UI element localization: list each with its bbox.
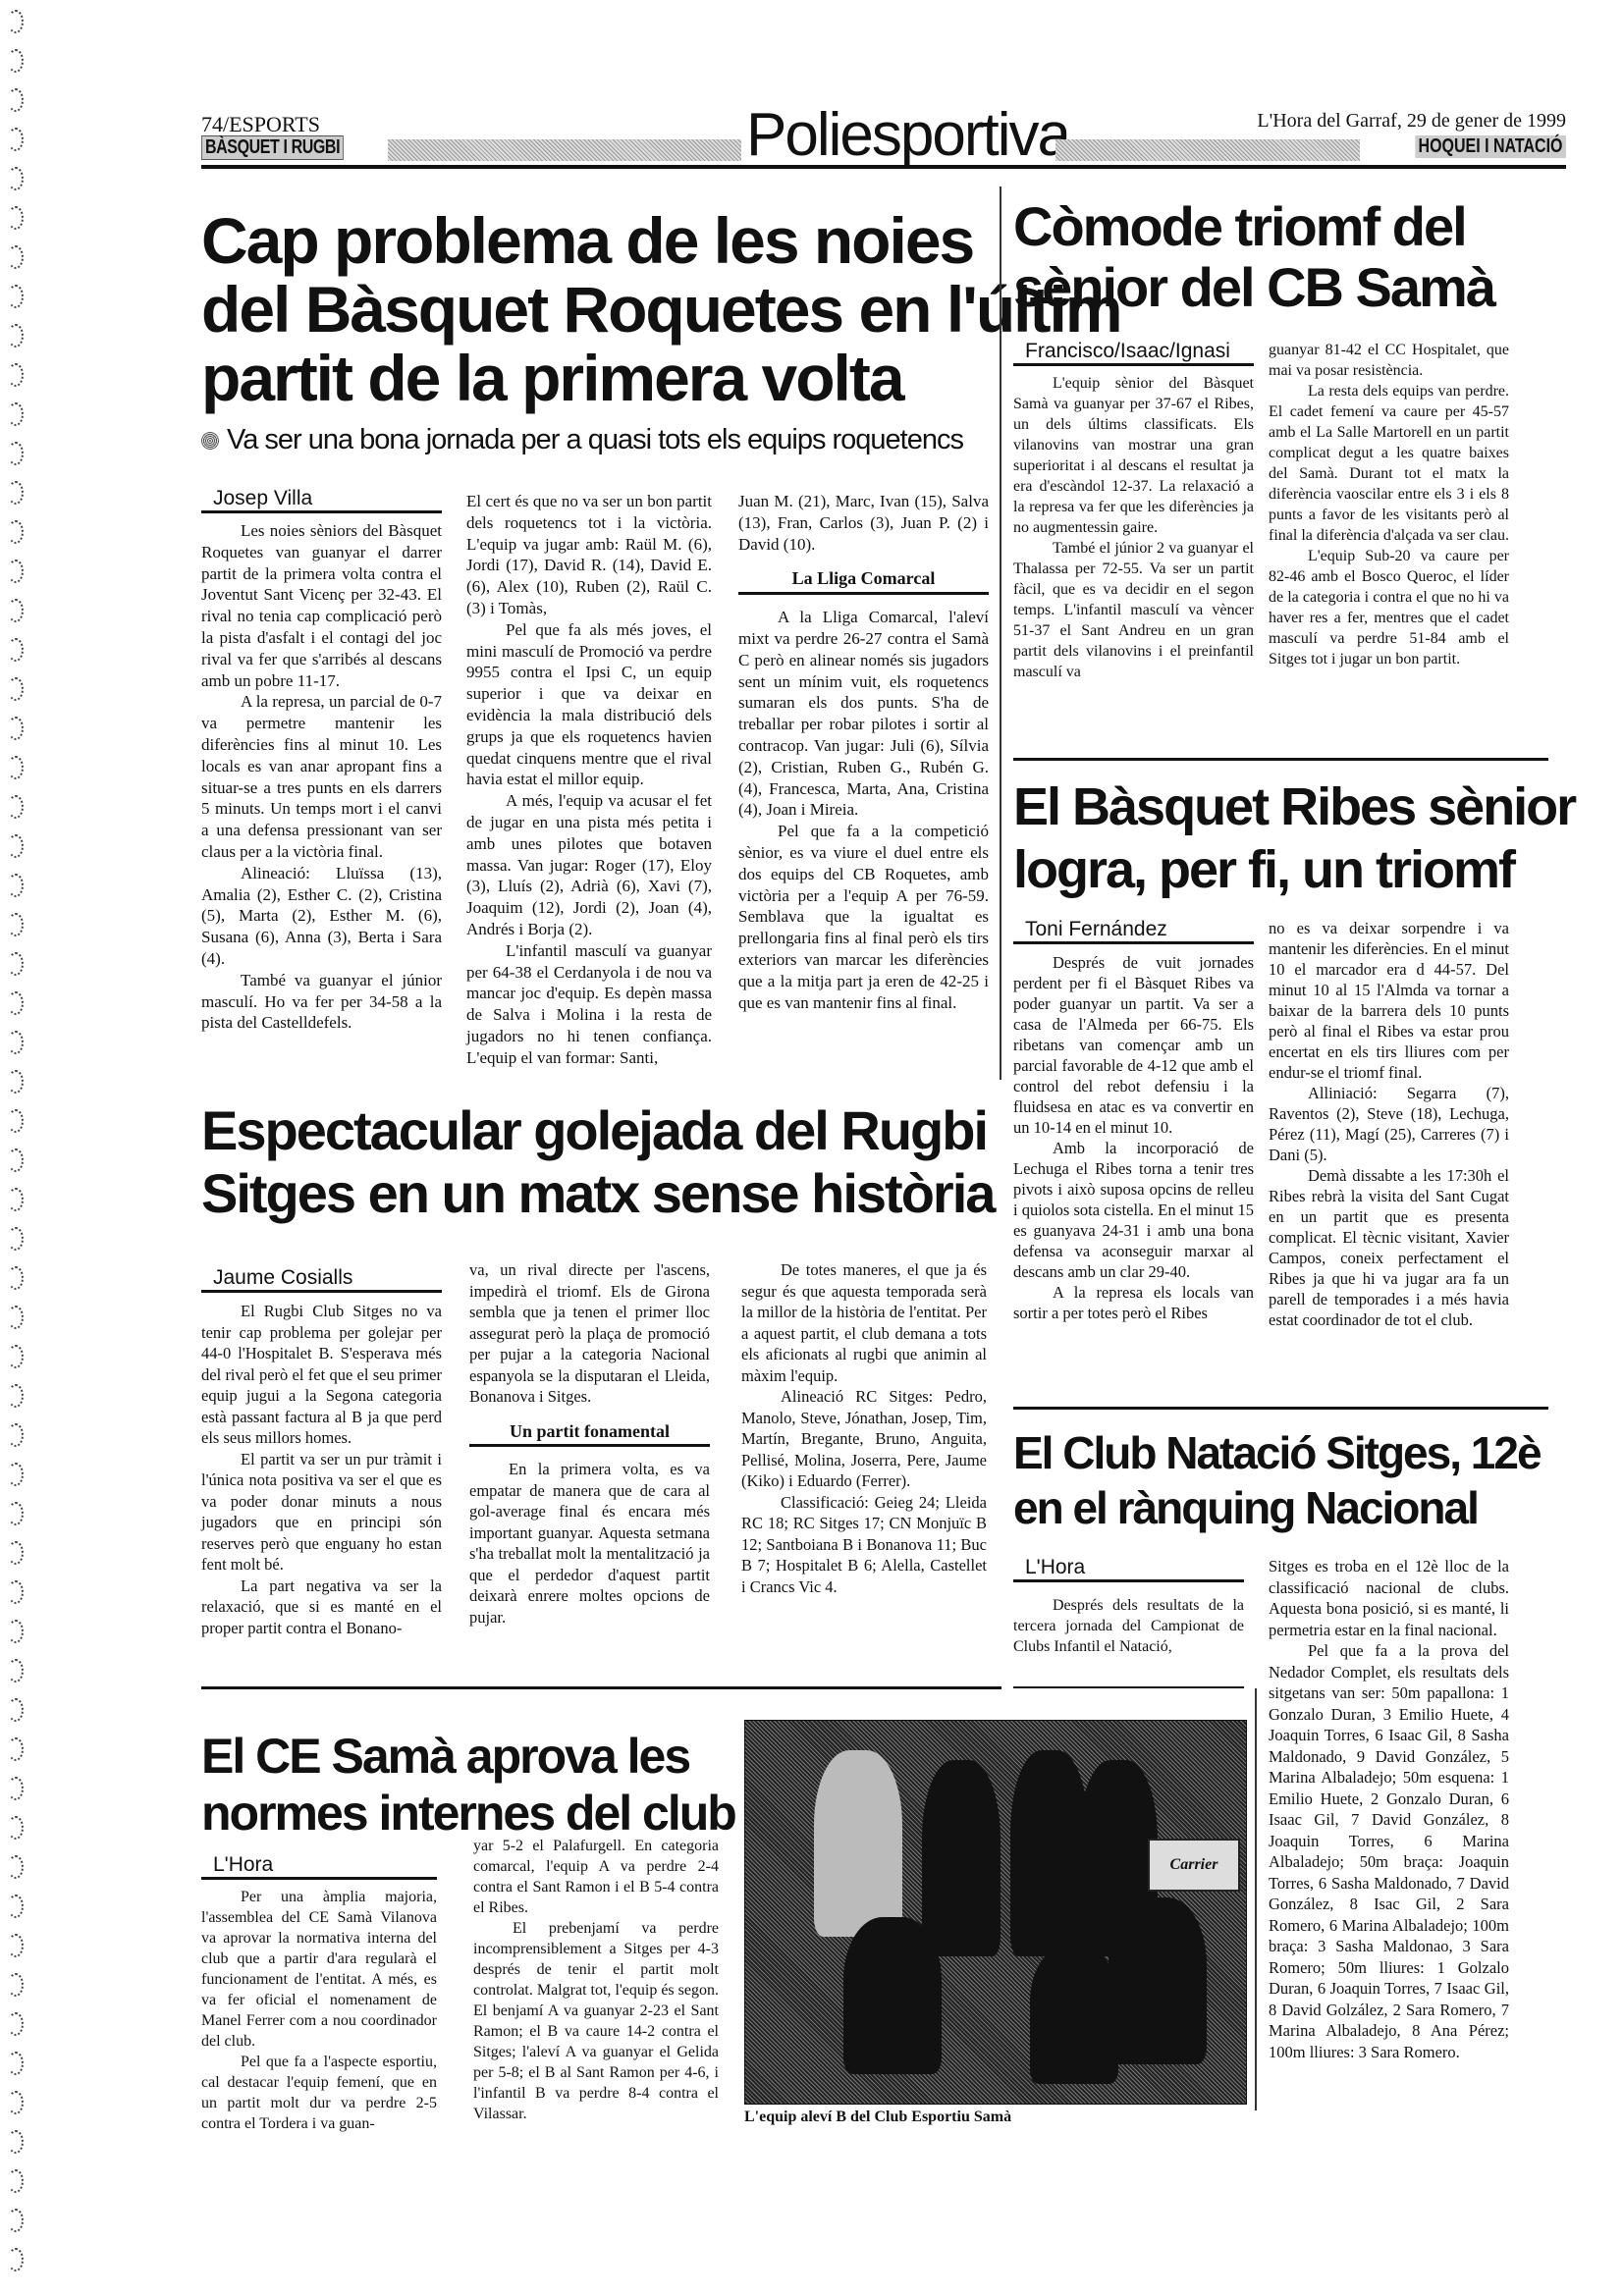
binder-ring-icon <box>8 1580 24 1604</box>
page-title: Poliesportiva <box>746 100 1069 170</box>
paragraph: no es va deixar sorpendre i va mantenir … <box>1269 918 1509 1083</box>
subheading: La Lliga Comarcal <box>738 568 989 595</box>
left-section-tag: BÀSQUET I RUGBI <box>201 135 344 160</box>
photo-figure <box>1109 1897 1207 2064</box>
binder-ring-icon <box>8 363 24 387</box>
binder-ring-icon <box>8 1384 24 1408</box>
headline-line: sènior del CB Samà <box>1013 257 1494 318</box>
masthead-rule <box>201 165 1566 169</box>
paragraph: També va guanyar el júnior masculí. Ho v… <box>201 970 442 1034</box>
paragraph: Pel que fa a l'aspecte esportiu, cal des… <box>201 2052 437 2134</box>
paragraph: Pel que fa a la prova del Nedador Comple… <box>1269 1640 1509 2062</box>
masthead: 74/ESPORTS BÀSQUET I RUGBI Poliesportiva… <box>201 106 1566 171</box>
headline-line: Sitges en un matx sense història <box>201 1162 994 1225</box>
binder-ring-icon <box>8 795 24 819</box>
column-rugbi-2: va, un rival directe per l'ascens, imped… <box>469 1259 710 1628</box>
binder-ring-icon <box>8 520 24 544</box>
paragraph: Classificació: Geieg 24; Lleida RC 18; R… <box>741 1492 987 1598</box>
binder-ring-icon <box>8 560 24 583</box>
headline-line: Cap problema de les noies <box>201 206 1121 275</box>
headline-line: El Club Natació Sitges, 12è <box>1013 1425 1541 1480</box>
photo-figure <box>1030 1947 1118 2084</box>
headline-cb-sama: Còmode triomf del sènior del CB Samà <box>1013 196 1494 318</box>
binder-ring-icon <box>8 756 24 779</box>
decorative-band <box>388 139 741 161</box>
paragraph: El cert és que no va ser un bon partit d… <box>466 491 712 619</box>
paragraph: Sitges es troba en el 12è lloc de la cla… <box>1269 1556 1509 1640</box>
photo-figure <box>1010 1750 1089 1956</box>
binder-ring-icon <box>8 677 24 701</box>
byline-rugbi: Jaume Cosialls <box>201 1266 442 1293</box>
binder-ring-icon <box>8 1541 24 1565</box>
binder-ring-icon <box>8 128 24 151</box>
byline-roquetes: Josep Villa <box>201 487 442 513</box>
paragraph: El partit va ser un pur tràmit i l'única… <box>201 1449 442 1575</box>
headline-line: en el rànquing Nacional <box>1013 1480 1541 1535</box>
binder-ring-icon <box>8 2091 24 2114</box>
paragraph: A més, l'equip va acusar el fet de jugar… <box>466 790 712 940</box>
decorative-band <box>1055 139 1360 161</box>
paragraph: L'equip sènior del Bàsquet Samà va guany… <box>1013 373 1254 538</box>
photo-figure <box>922 1760 1001 1956</box>
paragraph: va, un rival directe per l'ascens, imped… <box>469 1259 710 1408</box>
section-rule <box>1013 1686 1244 1688</box>
binder-ring-icon <box>8 167 24 190</box>
binder-ring-icon <box>8 2169 24 2193</box>
binder-ring-icon <box>8 206 24 230</box>
column-natacio-1: Després dels resultats de la tercera jor… <box>1013 1595 1244 1657</box>
photo-caption: L'equip aleví B del Club Esportiu Samà <box>744 2109 1011 2126</box>
binder-ring-icon <box>8 717 24 740</box>
headline-line: Espectacular golejada del Rugbi <box>201 1099 994 1162</box>
column-ce-sama-2: yar 5-2 el Palafurgell. En categoria com… <box>473 1836 719 2124</box>
column-divider <box>1255 1688 1257 2110</box>
column-rugbi-1: El Rugbi Club Sitges no va tenir cap pro… <box>201 1301 442 1638</box>
paragraph: Les noies sèniors del Bàsquet Roquetes v… <box>201 520 442 691</box>
paragraph: L'equip Sub-20 va caure per 82-46 amb el… <box>1269 546 1509 669</box>
paragraph: Amb la incorporació de Lechuga el Ribes … <box>1013 1138 1254 1282</box>
headline-ce-sama: El CE Samà aprova les normes internes de… <box>201 1728 735 1842</box>
paragraph: A la represa els locals van sortir a per… <box>1013 1282 1254 1323</box>
binder-ring-icon <box>8 1031 24 1054</box>
column-rugbi-3: De totes maneres, el que ja és segur és … <box>741 1259 987 1597</box>
byline-cb-sama: Francisco/Isaac/Ignasi <box>1013 340 1254 366</box>
paragraph: A la Lliga Comarcal, l'aleví mixt va per… <box>738 607 989 821</box>
column-ribes-1: Després de vuit jornades perdent per fi … <box>1013 952 1254 1323</box>
column-roquetes-1: Les noies sèniors del Bàsquet Roquetes v… <box>201 520 442 1034</box>
column-ce-sama-1: Per una àmplia majoria, l'assemblea del … <box>201 1887 437 2134</box>
binder-ring-icon <box>8 913 24 936</box>
deck-text: Va ser una bona jornada per a quasi tots… <box>227 424 963 455</box>
paragraph: Juan M. (21), Marc, Ivan (15), Salva (13… <box>738 491 989 555</box>
paragraph: A la represa, un parcial de 0-7 va perme… <box>201 691 442 862</box>
section-rule <box>201 1686 1001 1689</box>
byline-ce-sama: L'Hora <box>201 1853 437 1880</box>
binder-ring-icon <box>8 1816 24 1840</box>
section-label: 74/ESPORTS <box>201 112 320 137</box>
binder-ring-icon <box>8 442 24 465</box>
paragraph: Per una àmplia majoria, l'assemblea del … <box>201 1887 437 2052</box>
right-section-tag: HOQUEI I NATACIÓ <box>1416 135 1566 158</box>
headline-roquetes: Cap problema de les noies del Bàsquet Ro… <box>201 206 1121 412</box>
bullet-icon <box>201 432 219 450</box>
subheading: Un partit fonamental <box>469 1421 710 1448</box>
paragraph: guanyar 81-42 el CC Hospitalet, que mai … <box>1269 340 1509 381</box>
headline-line: El Bàsquet Ribes sènior <box>1013 775 1575 838</box>
photo-figure <box>843 1917 942 2074</box>
binder-ring-icon <box>8 1502 24 1525</box>
binder-ring-icon <box>8 1855 24 1879</box>
paragraph: El prebenjamí va perdre incomprensibleme… <box>473 1918 719 2124</box>
paragraph: Després de vuit jornades perdent per fi … <box>1013 952 1254 1138</box>
binder-ring-icon <box>8 402 24 426</box>
column-divider <box>1000 187 1001 1080</box>
paragraph: Alliniació: Segarra (7), Raventos (2), S… <box>1269 1083 1509 1165</box>
binder-ring-icon <box>8 1070 24 1094</box>
paragraph: yar 5-2 el Palafurgell. En categoria com… <box>473 1836 719 1918</box>
binder-ring-icon <box>8 1737 24 1761</box>
paragraph: El Rugbi Club Sitges no va tenir cap pro… <box>201 1301 442 1449</box>
binder-ring-icon <box>8 2209 24 2232</box>
binder-ring-icon <box>8 638 24 662</box>
binder-ring-icon <box>8 1934 24 1957</box>
binder-rings <box>0 0 39 2296</box>
binder-ring-icon <box>8 1109 24 1133</box>
headline-ribes: El Bàsquet Ribes sènior logra, per fi, u… <box>1013 775 1575 901</box>
binder-ring-icon <box>8 1188 24 1211</box>
binder-ring-icon <box>8 1148 24 1172</box>
publication-date: L'Hora del Garraf, 29 de gener de 1999 <box>1257 110 1566 133</box>
headline-rugbi: Espectacular golejada del Rugbi Sitges e… <box>201 1099 994 1225</box>
headline-line: El CE Samà aprova les <box>201 1728 735 1785</box>
binder-ring-icon <box>8 952 24 976</box>
binder-ring-icon <box>8 481 24 505</box>
binder-ring-icon <box>8 10 24 33</box>
byline-ribes: Toni Fernández <box>1013 918 1254 944</box>
binder-ring-icon <box>8 1659 24 1682</box>
binder-ring-icon <box>8 2130 24 2154</box>
headline-line: normes internes del club <box>201 1785 735 1842</box>
paragraph: De totes maneres, el que ja és segur és … <box>741 1259 987 1386</box>
paragraph: Pel que fa a la competició sènior, es va… <box>738 821 989 1013</box>
binder-ring-icon <box>8 991 24 1015</box>
paragraph: L'infantil masculí va guanyar per 64-38 … <box>466 940 712 1069</box>
paragraph: Demà dissabte a les 17:30h el Ribes rebr… <box>1269 1165 1509 1330</box>
column-ribes-2: no es va deixar sorpendre i va mantenir … <box>1269 918 1509 1330</box>
headline-line: partit de la primera volta <box>201 344 1121 412</box>
section-rule <box>1013 1407 1548 1410</box>
paragraph: La resta dels equips van perdre. El cade… <box>1269 381 1509 546</box>
binder-ring-icon <box>8 285 24 308</box>
binder-ring-icon <box>8 1423 24 1447</box>
binder-ring-icon <box>8 2052 24 2075</box>
deck-roquetes: Va ser una bona jornada per a quasi tots… <box>201 424 963 456</box>
column-cb-sama-2: guanyar 81-42 el CC Hospitalet, que mai … <box>1269 340 1509 669</box>
paragraph: La part negativa va ser la relaxació, qu… <box>201 1575 442 1639</box>
binder-ring-icon <box>8 1463 24 1486</box>
column-roquetes-3: Juan M. (21), Marc, Ivan (15), Salva (13… <box>738 491 989 1013</box>
headline-line: del Bàsquet Roquetes en l'últim <box>201 275 1121 344</box>
carrier-ad-sign: Carrier <box>1148 1839 1240 1892</box>
binder-ring-icon <box>8 1895 24 1918</box>
column-natacio-2: Sitges es troba en el 12è lloc de la cla… <box>1269 1556 1509 2062</box>
photo-figure <box>814 1750 902 1937</box>
binder-ring-icon <box>8 324 24 347</box>
binder-ring-icon <box>8 2248 24 2271</box>
binder-ring-icon <box>8 2012 24 2036</box>
binder-ring-icon <box>8 245 24 269</box>
binder-ring-icon <box>8 1777 24 1800</box>
section-rule <box>1013 758 1548 761</box>
binder-ring-icon <box>8 1345 24 1368</box>
paragraph: També el júnior 2 va guanyar el Thalassa… <box>1013 538 1254 682</box>
binder-ring-icon <box>8 1266 24 1290</box>
headline-line: Còmode triomf del <box>1013 196 1494 257</box>
paragraph: Alineació RC Sitges: Pedro, Manolo, Stev… <box>741 1386 987 1492</box>
binder-ring-icon <box>8 834 24 858</box>
column-roquetes-2: El cert és que no va ser un bon partit d… <box>466 491 712 1069</box>
byline-natacio: L'Hora <box>1013 1556 1244 1582</box>
binder-ring-icon <box>8 1620 24 1643</box>
paragraph: Després dels resultats de la tercera jor… <box>1013 1595 1244 1657</box>
headline-line: logra, per fi, un triomf <box>1013 838 1575 901</box>
paragraph: En la primera volta, es va empatar de ma… <box>469 1459 710 1628</box>
binder-ring-icon <box>8 874 24 897</box>
binder-ring-icon <box>8 49 24 73</box>
team-photo: Carrier <box>744 1720 1247 2105</box>
paragraph: Pel que fa als més joves, el mini mascul… <box>466 619 712 790</box>
paragraph: Alineació: Lluïssa (13), Amalia (2), Est… <box>201 863 442 970</box>
binder-ring-icon <box>8 1227 24 1251</box>
binder-ring-icon <box>8 1973 24 1997</box>
headline-natacio: El Club Natació Sitges, 12è en el rànqui… <box>1013 1425 1541 1535</box>
binder-ring-icon <box>8 599 24 622</box>
binder-ring-icon <box>8 1306 24 1329</box>
column-cb-sama-1: L'equip sènior del Bàsquet Samà va guany… <box>1013 373 1254 682</box>
binder-ring-icon <box>8 1698 24 1722</box>
binder-ring-icon <box>8 88 24 112</box>
